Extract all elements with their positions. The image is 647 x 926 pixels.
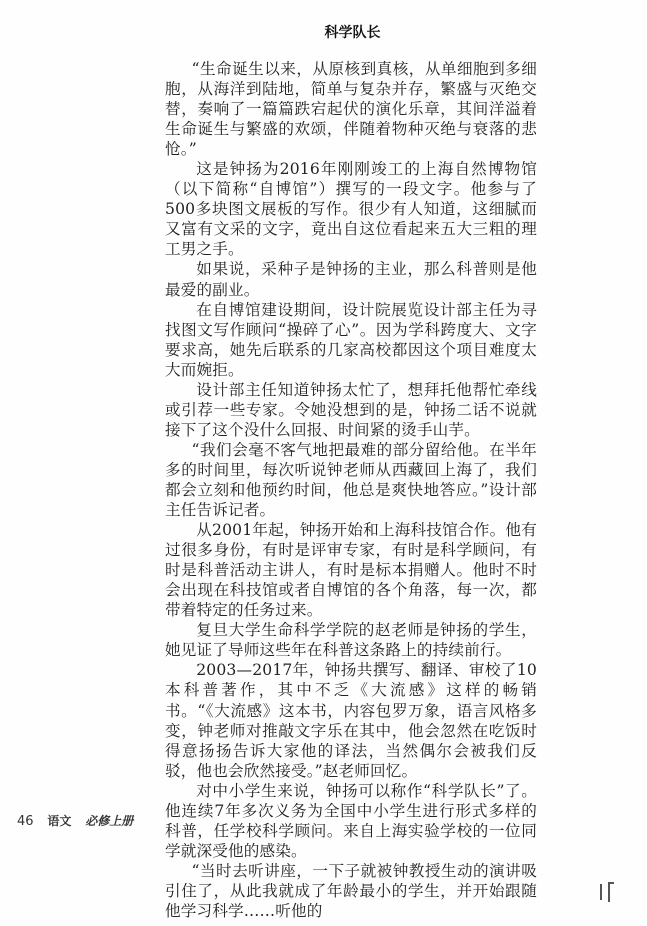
footer-subject: 语文 [47,814,71,828]
page-footer: 46 语文 必修上册 [17,812,133,829]
paragraph-quote: “我们会毫不客气地把最难的部分留给他。在半年多的时间里，每次听说钟老师从西藏回上… [165,440,537,520]
paragraph: 从2001年起，钟扬开始和上海科技馆合作。他有过很多身份，有时是评审专家，有时是… [165,520,537,620]
paragraph: 如果说，采种子是钟扬的主业，那么科普则是他最爱的副业。 [165,259,537,299]
paragraph: 2003—2017年，钟扬共撰写、翻译、审校了10本科普著作，其中不乏《大流感》… [165,660,537,780]
paragraph-quote: “当时去听讲座，一下子就被钟教授生动的演讲吸引住了，从此我就成了年龄最小的学生，… [165,861,537,921]
paragraph-quote-opening: “生命诞生以来，从原核到真核，从单细胞到多细胞，从海洋到陆地，简单与复杂并存，繁… [165,59,537,159]
paragraph: 这是钟扬为2016年刚刚竣工的上海自然博物馆（以下简称“自博馆”）撰写的一段文字… [165,159,537,259]
page-number: 46 [17,814,34,829]
article-body: “生命诞生以来，从原核到真核，从单细胞到多细胞，从海洋到陆地，简单与复杂并存，繁… [165,59,537,921]
paragraph: 复旦大学生命科学学院的赵老师是钟扬的学生，她见证了导师这些年在科普这条路上的持续… [165,620,537,660]
paragraph: 在自博馆建设期间，设计院展览设计部主任为寻找图文写作顾问“操碎了心”。因为学科跨… [165,300,537,380]
page-title: 科学队长 [0,22,647,42]
textbook-page: 科学队长 “生命诞生以来，从原核到真核，从单细胞到多细胞，从海洋到陆地，简单与复… [0,0,647,926]
paragraph: 对中小学生来说，钟扬可以称作“科学队长”了。他连续7年多次义务为全国中小学生进行… [165,781,537,861]
footer-volume: 必修上册 [85,814,133,828]
paragraph: 设计部主任知道钟扬太忙了，想拜托他帮忙牵线或引荐一些专家。令她没想到的是，钟扬二… [165,380,537,440]
scan-mark-icon [600,880,612,902]
